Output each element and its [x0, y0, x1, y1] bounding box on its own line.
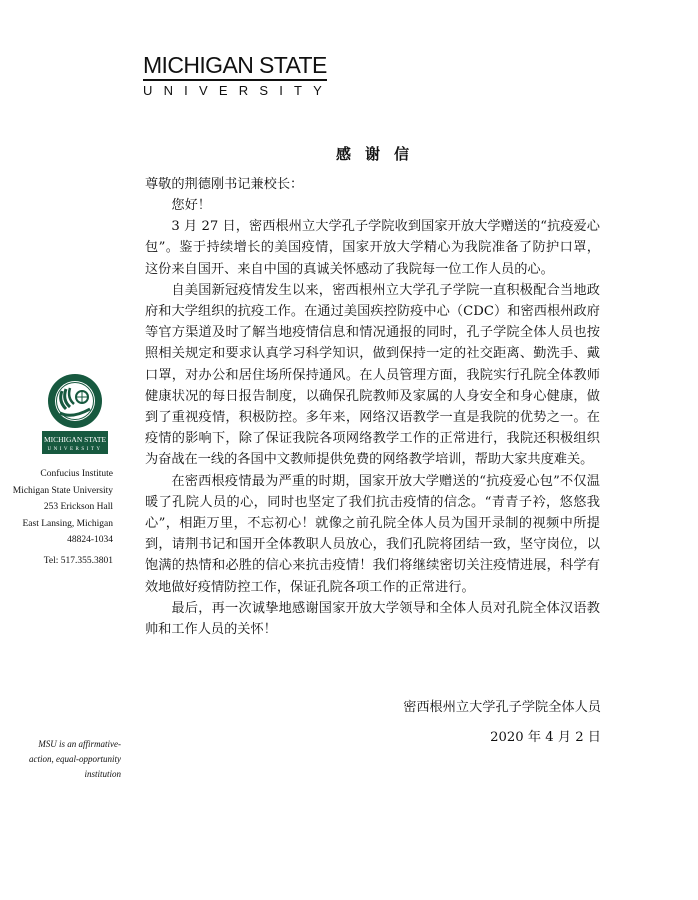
- msu-wordmark: MICHIGAN STATE UNIVERSITY: [143, 53, 327, 100]
- wordmark-rule: [143, 79, 327, 81]
- letter-date: 2020 年 4 月 2 日: [403, 723, 601, 753]
- telephone: Tel: 517.355.3801: [13, 553, 113, 570]
- paragraph: 最后，再一次诚挚地感谢国家开放大学领导和全体人员对孔院全体汉语教帅和工作人员的关…: [145, 598, 600, 640]
- address-block: Confucius Institute Michigan State Unive…: [13, 466, 113, 569]
- signature: 密西根州立大学孔子学院全体人员: [403, 693, 601, 723]
- paragraph: 在密西根疫情最为严重的时期，国家开放大学赠送的“抗疫爱心包”不仅温暖了孔院人员的…: [145, 471, 600, 598]
- eo-line: action, equal-opportunity: [29, 752, 121, 767]
- logo-band-line2: UNIVERSITY: [48, 447, 103, 452]
- logo-band-line1: MICHIGAN STATE: [44, 435, 107, 444]
- wordmark-line2: UNIVERSITY: [143, 82, 327, 100]
- confucius-institute-logo-icon: MICHIGAN STATE UNIVERSITY: [42, 373, 108, 454]
- equal-opportunity-note: MSU is an affirmative- action, equal-opp…: [29, 737, 121, 782]
- letter-title: 感谢信: [159, 140, 600, 168]
- address-line: 253 Erickson Hall: [13, 499, 113, 516]
- address-line: 48824-1034: [13, 532, 113, 549]
- address-line: Confucius Institute: [13, 466, 113, 483]
- greeting: 您好！: [145, 195, 600, 216]
- eo-line: MSU is an affirmative-: [29, 737, 121, 752]
- address-line: Michigan State University: [13, 483, 113, 500]
- eo-line: institution: [29, 767, 121, 782]
- letter-body: 感谢信 尊敬的荆德刚书记兼校长： 您好！ 3 月 27 日，密西根州立大学孔子学…: [145, 140, 600, 640]
- salutation: 尊敬的荆德刚书记兼校长：: [145, 174, 600, 195]
- wordmark-line1: MICHIGAN STATE: [143, 53, 327, 77]
- address-line: East Lansing, Michigan: [13, 516, 113, 533]
- paragraph: 3 月 27 日，密西根州立大学孔子学院收到国家开放大学赠送的“抗疫爱心包”。鉴…: [145, 216, 600, 280]
- paragraph: 自美国新冠疫情发生以来，密西根州立大学孔子学院一直积极配合当地政府和大学组织的抗…: [145, 280, 600, 471]
- signoff: 密西根州立大学孔子学院全体人员 2020 年 4 月 2 日: [403, 693, 601, 753]
